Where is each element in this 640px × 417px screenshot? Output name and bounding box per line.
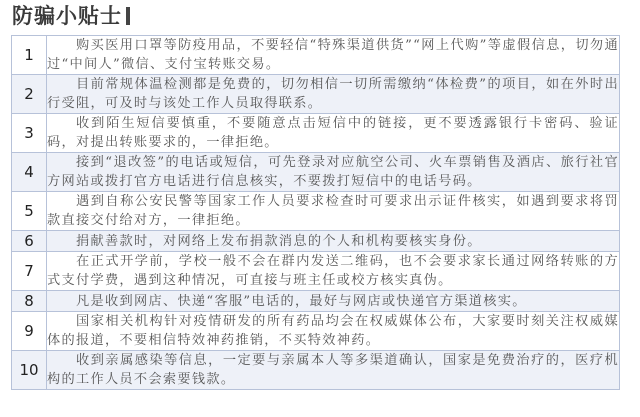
page-title: 防骗小贴士 bbox=[12, 3, 130, 29]
tip-number: 6 bbox=[12, 231, 47, 252]
tip-number: 7 bbox=[12, 252, 47, 291]
tip-number: 1 bbox=[12, 36, 47, 75]
tip-text: 购买医用口罩等防疫用品，不要轻信“特殊渠道供货”“网上代购”等虚假信息，切勿通过… bbox=[47, 36, 620, 75]
anti-fraud-tips-table: 1 购买医用口罩等防疫用品，不要轻信“特殊渠道供货”“网上代购”等虚假信息，切勿… bbox=[11, 35, 620, 390]
table-row: 7 在正式开学前，学校一般不会在群内发送二维码，也不会要求家长通过网络转账的方式… bbox=[12, 252, 620, 291]
table-row: 10 收到亲属感染等信息，一定要与亲属本人等多渠道确认，国家是免费治疗的，医疗机… bbox=[12, 351, 620, 390]
tip-number: 10 bbox=[12, 351, 47, 390]
tip-text: 收到亲属感染等信息，一定要与亲属本人等多渠道确认，国家是免费治疗的，医疗机构的工… bbox=[47, 351, 620, 390]
table-row: 4 接到“退改签”的电话或短信，可先登录对应航空公司、火车票销售及酒店、旅行社官… bbox=[12, 153, 620, 192]
tip-number: 4 bbox=[12, 153, 47, 192]
tip-text: 国家相关机构针对疫情研发的所有药品均会在权威媒体公布，大家要时刻关注权威媒体的报… bbox=[47, 312, 620, 351]
tip-text: 接到“退改签”的电话或短信，可先登录对应航空公司、火车票销售及酒店、旅行社官方网… bbox=[47, 153, 620, 192]
table-row: 9 国家相关机构针对疫情研发的所有药品均会在权威媒体公布，大家要时刻关注权威媒体… bbox=[12, 312, 620, 351]
table-row: 6 捐献善款时，对网络上发布捐款消息的个人和机构要核实身份。 bbox=[12, 231, 620, 252]
tip-text: 在正式开学前，学校一般不会在群内发送二维码，也不会要求家长通过网络转账的方式支付… bbox=[47, 252, 620, 291]
tip-text: 目前常规体温检测都是免费的，切勿相信一切所需缴纳“体检费”的项目，如在外时出行受… bbox=[47, 75, 620, 114]
title-bar-decoration bbox=[126, 7, 130, 25]
tip-number: 5 bbox=[12, 192, 47, 231]
tip-number: 9 bbox=[12, 312, 47, 351]
tip-text: 捐献善款时，对网络上发布捐款消息的个人和机构要核实身份。 bbox=[47, 231, 620, 252]
table-row: 5 遇到自称公安民警等国家工作人员要求检查时可要求出示证件核实，如遇到要求将罚款… bbox=[12, 192, 620, 231]
table-row: 1 购买医用口罩等防疫用品，不要轻信“特殊渠道供货”“网上代购”等虚假信息，切勿… bbox=[12, 36, 620, 75]
tip-text: 遇到自称公安民警等国家工作人员要求检查时可要求出示证件核实，如遇到要求将罚款直接… bbox=[47, 192, 620, 231]
table-row: 8 凡是收到网店、快递“客服”电话的，最好与网店或快递官方渠道核实。 bbox=[12, 291, 620, 312]
tip-text: 收到陌生短信要慎重，不要随意点击短信中的链接，更不要透露银行卡密码、验证码，对提… bbox=[47, 114, 620, 153]
title-text: 防骗小贴士 bbox=[12, 3, 122, 28]
table-row: 2 目前常规体温检测都是免费的，切勿相信一切所需缴纳“体检费”的项目，如在外时出… bbox=[12, 75, 620, 114]
table-row: 3 收到陌生短信要慎重，不要随意点击短信中的链接，更不要透露银行卡密码、验证码，… bbox=[12, 114, 620, 153]
tip-text: 凡是收到网店、快递“客服”电话的，最好与网店或快递官方渠道核实。 bbox=[47, 291, 620, 312]
tip-number: 2 bbox=[12, 75, 47, 114]
tip-number: 8 bbox=[12, 291, 47, 312]
tip-number: 3 bbox=[12, 114, 47, 153]
